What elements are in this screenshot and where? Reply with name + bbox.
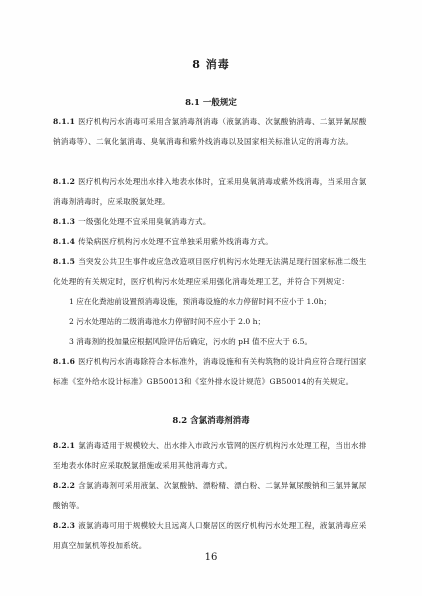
section-title-8-2: 8.2 含氯消毒剂消毒 bbox=[0, 414, 422, 426]
list-item-3: 3 消毒剂的投加量应根据风险评估后确定，污水的 pH 值不应大于 6.5。 bbox=[69, 332, 374, 352]
clause-text: 液氯消毒可用于规模较大且远离人口聚居区的医疗机构污水处理工程，液氯消毒应采用真空… bbox=[53, 521, 367, 550]
item-text: 应在化粪池前设置预消毒设施，预消毒设施的水力停留时间不应小于 1.0h； bbox=[76, 297, 331, 306]
clause-number: 8.2.1 bbox=[53, 441, 75, 450]
clause-text: 医疗机构污水消毒除符合本标准外，消毒设施和有关构筑物的设计尚应符合现行国家标准《… bbox=[53, 357, 367, 386]
item-number: 2 bbox=[69, 317, 74, 326]
clause-number: 8.1.3 bbox=[53, 217, 75, 226]
clause-8-1-3: 8.1.3一级强化处理不宜采用臭氧消毒方式。 bbox=[53, 212, 373, 232]
item-text: 消毒剂的投加量应根据风险评估后确定，污水的 pH 值不应大于 6.5。 bbox=[76, 337, 312, 346]
clause-8-2-1: 8.2.1氯消毒适用于规模较大、出水排入市政污水管网的医疗机构污水处理工程，当出… bbox=[53, 436, 373, 476]
clause-number: 8.2.3 bbox=[53, 521, 75, 530]
item-number: 3 bbox=[69, 337, 74, 346]
clause-text: 一级强化处理不宜采用臭氧消毒方式。 bbox=[78, 217, 211, 226]
list-item-1: 1 应在化粪池前设置预消毒设施，预消毒设施的水力停留时间不应小于 1.0h； bbox=[69, 292, 374, 312]
clause-text: 医疗机构污水处理出水排入地表水体时，宜采用臭氧消毒或紫外线消毒，当采用含氯消毒剂… bbox=[53, 177, 367, 206]
item-text: 污水处理站的二级消毒池水力停留时间不应小于 2.0 h； bbox=[76, 317, 265, 326]
clause-text: 氯消毒适用于规模较大、出水排入市政污水管网的医疗机构污水处理工程，当出水排至地表… bbox=[53, 441, 367, 470]
clause-number: 8.2.2 bbox=[53, 481, 75, 490]
clause-number: 8.1.6 bbox=[53, 357, 75, 366]
item-number: 1 bbox=[69, 297, 74, 306]
clause-text: 当突发公共卫生事件或应急改造项目医疗机构污水处理无法满足现行国家标准二级生化处理… bbox=[53, 257, 367, 286]
clause-8-1-6: 8.1.6医疗机构污水消毒除符合本标准外，消毒设施和有关构筑物的设计尚应符合现行… bbox=[53, 352, 373, 392]
clause-text: 含氯消毒剂可采用液氯、次氯酸钠、漂粉精、漂白粉、二氯异氰尿酸钠和三氯异氰尿酸钠等… bbox=[53, 481, 367, 510]
section-title-8-1: 8.1 一般规定 bbox=[0, 96, 422, 108]
clause-number: 8.1.4 bbox=[53, 237, 75, 246]
page-number: 16 bbox=[0, 552, 422, 563]
list-item-2: 2 污水处理站的二级消毒池水力停留时间不应小于 2.0 h； bbox=[69, 312, 374, 332]
clause-text: 传染病医疗机构污水处理不宜单独采用紫外线消毒方式。 bbox=[78, 237, 273, 246]
clause-number: 8.1.1 bbox=[53, 117, 75, 126]
clause-8-2-3: 8.2.3液氯消毒可用于规模较大且远离人口聚居区的医疗机构污水处理工程，液氯消毒… bbox=[53, 516, 373, 556]
document-page: 8 消毒 8.1 一般规定 8.1.1医疗机构污水消毒可采用含氯消毒剂消毒（液氯… bbox=[0, 0, 422, 596]
clause-text: 医疗机构污水消毒可采用含氯消毒剂消毒（液氯消毒、次氯酸钠消毒、二氯异氰尿酸钠消毒… bbox=[53, 117, 367, 146]
clause-8-2-2: 8.2.2含氯消毒剂可采用液氯、次氯酸钠、漂粉精、漂白粉、二氯异氰尿酸钠和三氯异… bbox=[53, 476, 373, 516]
clause-number: 8.1.2 bbox=[53, 177, 75, 186]
clause-8-1-4: 8.1.4传染病医疗机构污水处理不宜单独采用紫外线消毒方式。 bbox=[53, 232, 373, 252]
clause-8-1-1: 8.1.1医疗机构污水消毒可采用含氯消毒剂消毒（液氯消毒、次氯酸钠消毒、二氯异氰… bbox=[53, 112, 373, 152]
clause-number: 8.1.5 bbox=[53, 257, 75, 266]
clause-8-1-2: 8.1.2医疗机构污水处理出水排入地表水体时，宜采用臭氧消毒或紫外线消毒，当采用… bbox=[53, 172, 373, 212]
clause-8-1-5: 8.1.5当突发公共卫生事件或应急改造项目医疗机构污水处理无法满足现行国家标准二… bbox=[53, 252, 373, 292]
chapter-title: 8 消毒 bbox=[0, 56, 422, 72]
